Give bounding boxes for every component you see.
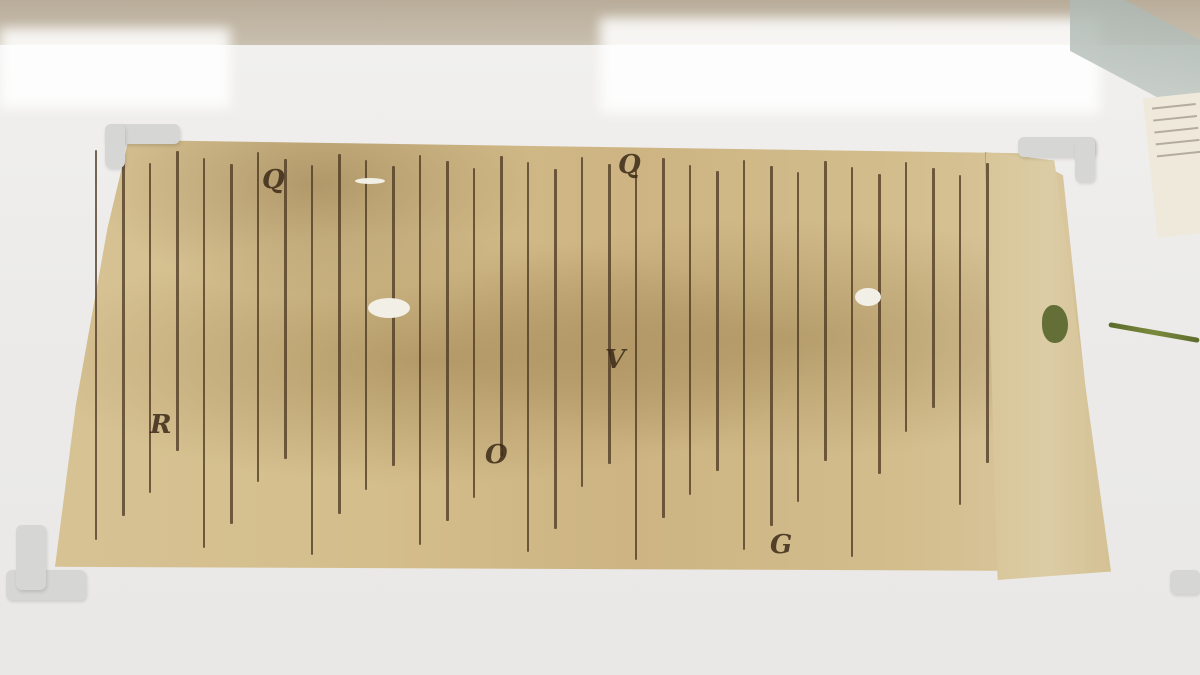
script-line bbox=[662, 158, 665, 518]
script-line bbox=[446, 161, 449, 521]
script-line bbox=[473, 168, 475, 498]
illuminated-initial: O bbox=[485, 440, 508, 470]
script-line bbox=[824, 161, 827, 461]
script-line bbox=[95, 150, 97, 540]
corner-mount-bottom-left bbox=[16, 525, 46, 590]
script-line bbox=[554, 169, 557, 529]
script-line bbox=[770, 166, 773, 526]
parchment-hole bbox=[368, 298, 410, 318]
script-line bbox=[500, 156, 503, 456]
script-line bbox=[419, 155, 421, 545]
script-line bbox=[176, 151, 179, 451]
parchment-hole bbox=[355, 178, 385, 184]
script-line bbox=[149, 163, 151, 493]
illuminated-initial: Q bbox=[262, 165, 285, 195]
corner-mount-top-left bbox=[105, 124, 125, 168]
script-line bbox=[635, 170, 637, 560]
script-line bbox=[932, 168, 935, 408]
script-line bbox=[122, 156, 125, 516]
script-line bbox=[905, 162, 907, 432]
script-line bbox=[527, 162, 529, 552]
parchment-hole bbox=[855, 288, 881, 306]
illuminated-initial: G bbox=[770, 530, 792, 560]
light-glare bbox=[600, 18, 1100, 113]
script-line bbox=[230, 164, 233, 524]
script-line bbox=[284, 159, 287, 459]
script-line bbox=[959, 175, 961, 505]
seal-cord-knot bbox=[1042, 305, 1068, 343]
illuminated-initial: V bbox=[605, 345, 625, 375]
script-line bbox=[581, 157, 583, 487]
illuminated-initial: R bbox=[150, 410, 172, 440]
script-line bbox=[311, 165, 313, 555]
script-line bbox=[743, 160, 745, 550]
script-line bbox=[689, 165, 691, 495]
script-line bbox=[797, 172, 799, 502]
script-line bbox=[716, 171, 719, 471]
script-line bbox=[878, 174, 881, 474]
script-line bbox=[986, 163, 989, 463]
light-glare bbox=[0, 28, 230, 108]
charter-parchment bbox=[55, 140, 1105, 580]
script-line bbox=[257, 152, 259, 482]
script-line bbox=[608, 164, 611, 464]
corner-mount-bottom-right bbox=[1170, 570, 1200, 594]
script-line bbox=[203, 158, 205, 548]
corner-mount-top-right bbox=[1075, 137, 1095, 182]
script-line bbox=[338, 154, 341, 514]
illuminated-initial: Q bbox=[618, 150, 641, 180]
script-line bbox=[851, 167, 853, 557]
script-line bbox=[365, 160, 367, 490]
